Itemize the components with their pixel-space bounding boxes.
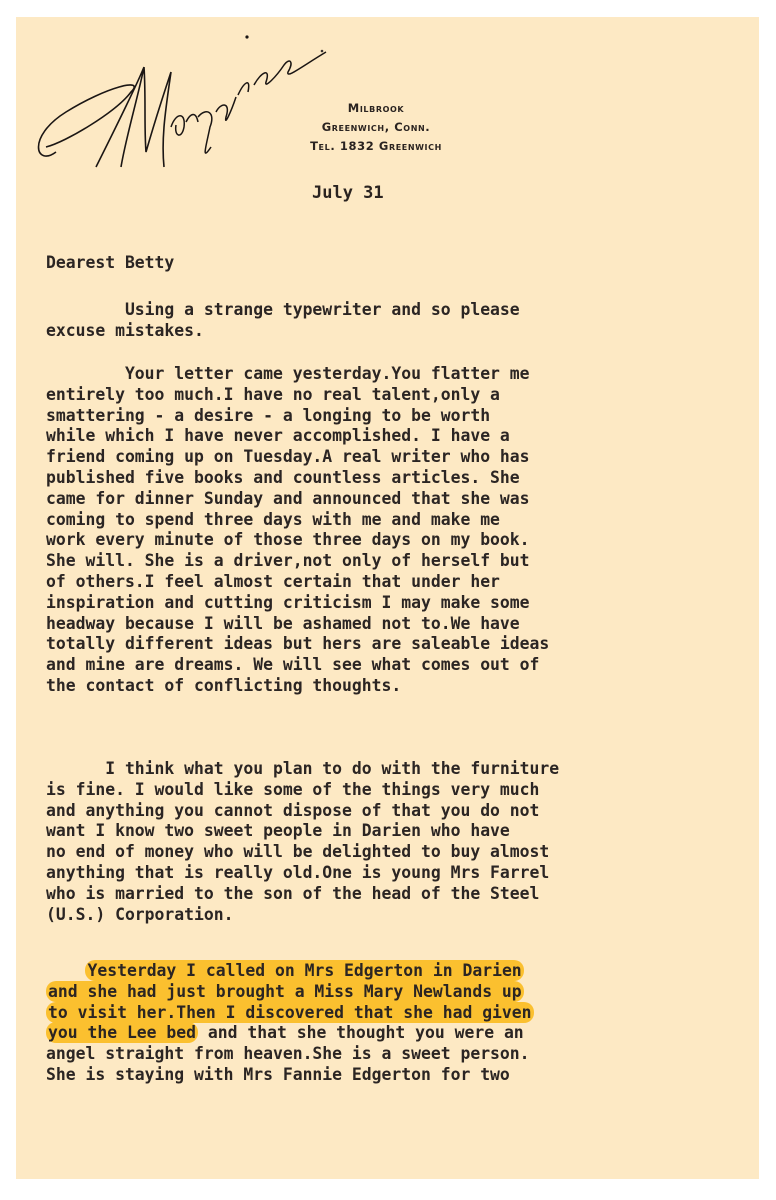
text-line: anything that is really old.One is young…	[46, 863, 776, 884]
text-line: and she had just brought a Miss Mary New…	[46, 982, 776, 1003]
text-line: She is staying with Mrs Fannie Edgerton …	[46, 1065, 776, 1086]
text-line: who is married to the son of the head of…	[46, 884, 776, 905]
text-line: I think what you plan to do with the fur…	[46, 759, 776, 780]
text-line: and anything you cannot dispose of that …	[46, 801, 776, 822]
text-line: friend coming up on Tuesday.A real write…	[46, 447, 776, 468]
text-line: entirely too much.I have no real talent,…	[46, 385, 776, 406]
text-line: the contact of conflicting thoughts.	[46, 676, 776, 697]
text-line: excuse mistakes.	[46, 321, 776, 342]
paragraph-2: Your letter came yesterday.You flatter m…	[46, 364, 776, 697]
text-line: is fine. I would like some of the things…	[46, 780, 776, 801]
text-line: totally different ideas but hers are sal…	[46, 634, 776, 655]
highlighted-text: to visit her.Then I discovered that she …	[46, 1002, 534, 1023]
text-line: Your letter came yesterday.You flatter m…	[46, 364, 776, 385]
paragraph-3: I think what you plan to do with the fur…	[46, 759, 776, 925]
text-line: published five books and countless artic…	[46, 468, 776, 489]
text-line: while which I have never accomplished. I…	[46, 426, 776, 447]
paragraph-4: Yesterday I called on Mrs Edgerton in Da…	[46, 961, 776, 1086]
letter-date: July 31	[312, 183, 384, 203]
highlighted-text: you the Lee bed	[46, 1022, 198, 1043]
text-line: of others.I feel almost certain that und…	[46, 572, 776, 593]
letter-page: Milbrook Greenwich, Conn. Tel. 1832 Gree…	[16, 17, 759, 1179]
highlighted-text: and she had just brought a Miss Mary New…	[46, 981, 524, 1002]
text-line: no end of money who will be delighted to…	[46, 842, 776, 863]
text-line: inspiration and cutting criticism I may …	[46, 593, 776, 614]
text-line: smattering - a desire - a longing to be …	[46, 406, 776, 427]
letterhead-phone: Tel. 1832 Greenwich	[246, 137, 506, 156]
paragraph-1: Using a strange typewriter and so please…	[46, 300, 776, 342]
text-line: work every minute of those three days on…	[46, 530, 776, 551]
text-line: Using a strange typewriter and so please	[46, 300, 776, 321]
text-line: to visit her.Then I discovered that she …	[46, 1003, 776, 1024]
text-line: Yesterday I called on Mrs Edgerton in Da…	[46, 961, 776, 982]
text-line: you the Lee bed and that she thought you…	[46, 1023, 776, 1044]
letterhead: Milbrook Greenwich, Conn. Tel. 1832 Gree…	[246, 99, 506, 156]
salutation: Dearest Betty	[46, 253, 776, 274]
text-line: angel straight from heaven.She is a swee…	[46, 1044, 776, 1065]
highlighted-text: Yesterday I called on Mrs Edgerton in Da…	[85, 960, 523, 981]
text-line: and mine are dreams. We will see what co…	[46, 655, 776, 676]
text-line: came for dinner Sunday and announced tha…	[46, 489, 776, 510]
letterhead-estate: Milbrook	[246, 99, 506, 118]
text-line: want I know two sweet people in Darien w…	[46, 821, 776, 842]
text-line: She will. She is a driver,not only of he…	[46, 551, 776, 572]
text-line: coming to spend three days with me and m…	[46, 510, 776, 531]
text-line: headway because I will be ashamed not to…	[46, 614, 776, 635]
letterhead-town: Greenwich, Conn.	[246, 118, 506, 137]
text-line: (U.S.) Corporation.	[46, 905, 776, 926]
